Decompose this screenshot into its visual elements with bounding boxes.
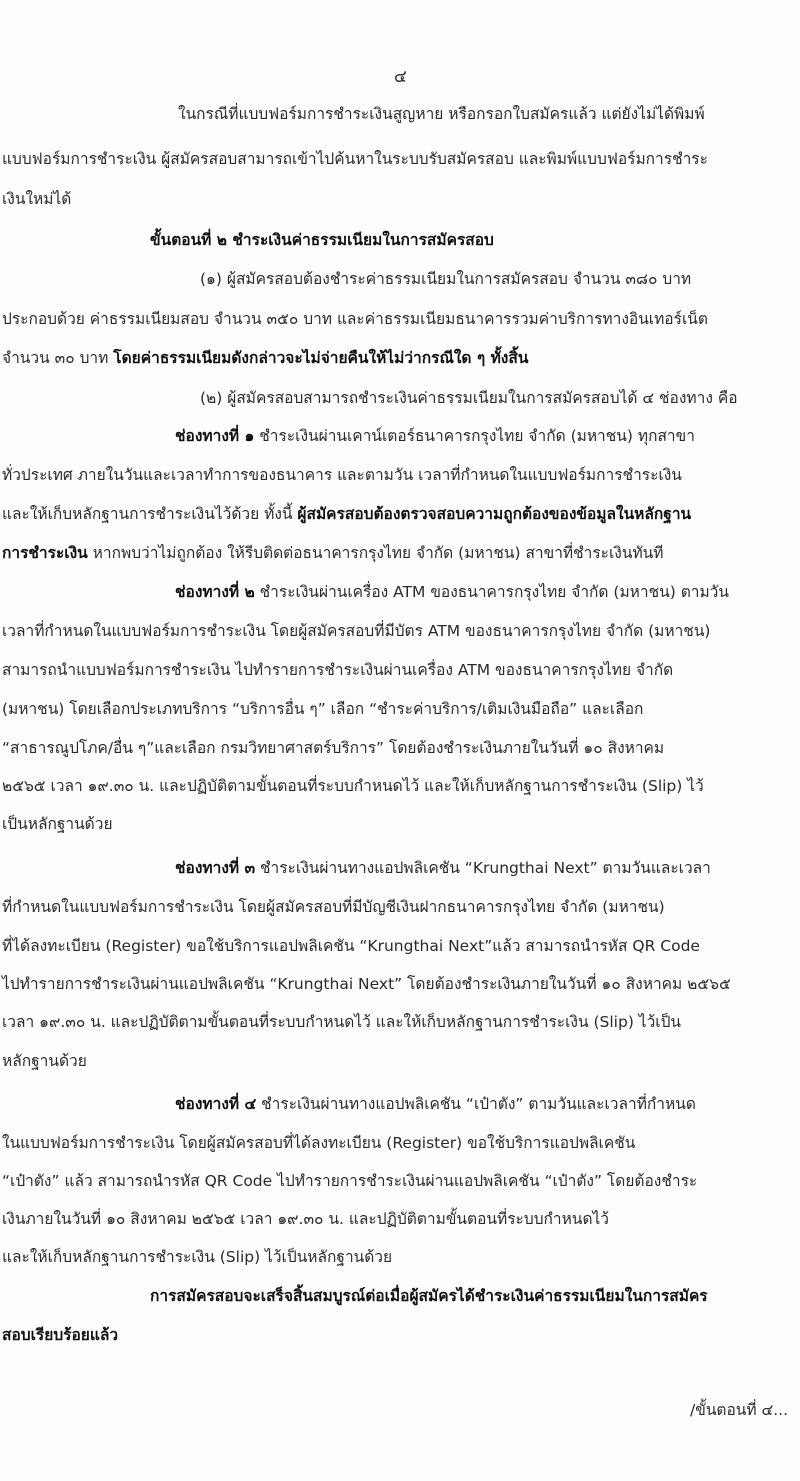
channel-2-line-1: ช่องทางที่ ๒ ชำระเงินผ่านเครื่อง ATM ของ… (175, 581, 729, 603)
intro-line-2: แบบฟอร์มการชำระเงิน ผู้สมัครสอบสามารถเข้… (2, 148, 708, 170)
channel-1-line-3: และให้เก็บหลักฐานการชำระเงินไว้ด้วย ทั้ง… (2, 503, 691, 525)
step2-item1-line-2: ประกอบด้วย ค่าธรรมเนียมสอบ จำนวน ๓๕๐ บาท… (2, 308, 708, 330)
channel-4-line-1: ช่องทางที่ ๔ ชำระเงินผ่านทางแอปพลิเคชัน … (175, 1093, 696, 1115)
channel-2-label: ช่องทางที่ ๒ (175, 583, 255, 601)
channel-3-line-3: ที่ได้ลงทะเบียน (Register) ขอใช้บริการแอ… (2, 935, 700, 957)
verify-notice: ผู้สมัครสอบต้องตรวจสอบความถูกต้องของข้อม… (297, 505, 691, 523)
channel-4-line-5: และให้เก็บหลักฐานการชำระเงิน (Slip) ไว้เ… (2, 1246, 392, 1268)
channel-4-line-2: ในแบบฟอร์มการชำระเงิน โดยผู้สมัครสอบที่ไ… (2, 1132, 635, 1154)
step2-heading: ขั้นตอนที่ ๒ ชำระเงินค่าธรรมเนียมในการสม… (150, 229, 494, 251)
intro-line-1: ในกรณีที่แบบฟอร์มการชำระเงินสูญหาย หรือก… (178, 103, 705, 125)
channel-3-line-2: ที่กำหนดในแบบฟอร์มการชำระเงิน โดยผู้สมัค… (2, 896, 665, 918)
channel-1-line-2: ทั่วประเทศ ภายในวันและเวลาทำการของธนาคาร… (2, 464, 682, 486)
step2-item2-line-1: (๒) ผู้สมัครสอบสามารถชำระเงินค่าธรรมเนีย… (200, 387, 738, 409)
channel-3-label: ช่องทางที่ ๓ (175, 859, 255, 877)
channel-3-line-1: ช่องทางที่ ๓ ชำระเงินผ่านทางแอปพลิเคชัน … (175, 857, 711, 879)
step2-item1-line-1: (๑) ผู้สมัครสอบต้องชำระค่าธรรมเนียมในการ… (200, 268, 691, 290)
channel-2-line-4: (มหาชน) โดยเลือกประเภทบริการ “บริการอื่น… (2, 698, 643, 720)
channel-1-line-1: ช่องทางที่ ๑ ชำระเงินผ่านเคาน์เตอร์ธนาคา… (175, 425, 695, 447)
page-number: ๔ (394, 63, 407, 90)
channel-2-line-5: “สาธารณูปโภค/อื่น ๆ”และเลือก กรมวิทยาศาส… (2, 737, 664, 759)
continuation-marker: /ขั้นตอนที่ ๔... (690, 1397, 788, 1422)
channel-4-line-4: เงินภายในวันที่ ๑๐ สิงหาคม ๒๕๖๕ เวลา ๑๙.… (2, 1208, 609, 1230)
channel-3-line-4: ไปทำรายการชำระเงินผ่านแอปพลิเคชัน “Krung… (2, 973, 731, 995)
channel-1-line-4: การชำระเงิน หากพบว่าไม่ถูกต้อง ให้รีบติด… (2, 542, 664, 564)
channel-2-line-7: เป็นหลักฐานด้วย (2, 813, 113, 835)
fee-amount-text: จำนวน ๓๐ บาท (2, 349, 113, 367)
channel-4-line-3: “เป๋าตัง” แล้ว สามารถนำรหัส QR Code ไปทำ… (2, 1170, 697, 1192)
intro-line-3: เงินใหม่ได้ (2, 188, 71, 210)
channel-2-line-6: ๒๕๖๕ เวลา ๑๙.๓๐ น. และปฏิบัติตามขั้นตอนท… (2, 775, 704, 797)
channel-3-line-6: หลักฐานด้วย (2, 1050, 87, 1072)
step2-item1-line-3: จำนวน ๓๐ บาท โดยค่าธรรมเนียมดังกล่าวจะไม… (2, 347, 528, 369)
non-refundable-notice: โดยค่าธรรมเนียมดังกล่าวจะไม่จ่ายคืนให้ไม… (113, 349, 528, 367)
channel-2-line-2: เวลาที่กำหนดในแบบฟอร์มการชำระเงิน โดยผู้… (2, 620, 710, 642)
channel-1-label: ช่องทางที่ ๑ (175, 427, 254, 445)
closing-line-1: การสมัครสอบจะเสร็จสิ้นสมบูรณ์ต่อเมื่อผู้… (150, 1285, 708, 1307)
document-page: ๔ ในกรณีที่แบบฟอร์มการชำระเงินสูญหาย หรื… (0, 0, 800, 1481)
channel-4-label: ช่องทางที่ ๔ (175, 1095, 256, 1113)
channel-2-line-3: สามารถนำแบบฟอร์มการชำระเงิน ไปทำรายการชำ… (2, 659, 673, 681)
closing-line-2: สอบเรียบร้อยแล้ว (2, 1324, 118, 1346)
channel-3-line-5: เวลา ๑๙.๓๐ น. และปฏิบัติตามขั้นตอนที่ระบ… (2, 1011, 681, 1033)
